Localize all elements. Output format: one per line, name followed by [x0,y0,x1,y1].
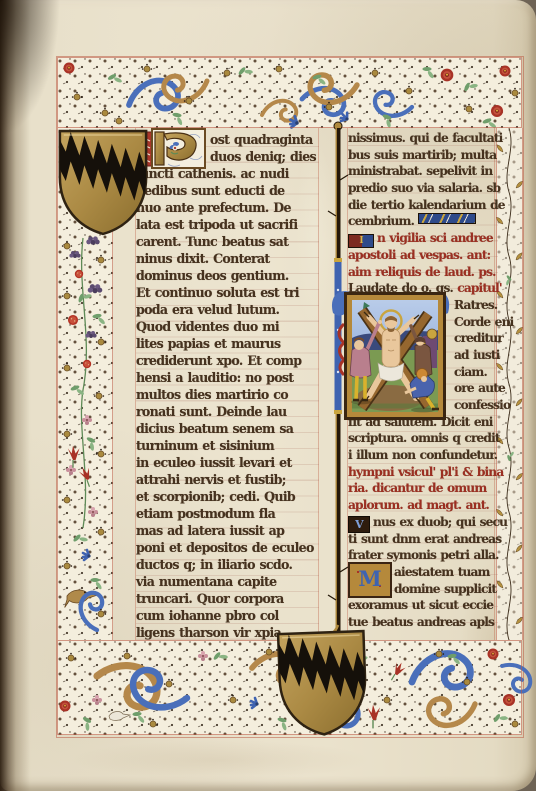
left-text-column: ost quadragintaduos deniq; diesiuncti ca… [136,131,319,641]
body-text: scriptura. omnis q credit [348,431,500,445]
body-text: ductos q; in iliario scdo. [136,557,292,572]
text-line: exoramus ut sicut eccie [348,597,498,614]
text-line: aiestatem tuam [394,564,498,581]
text-line: truncari. Quor corpora [136,590,319,607]
text-line: duos deniq; dies [210,148,319,165]
body-text: poni et depositos de eculeo [136,540,314,555]
manuscript-photo: ost quadragintaduos deniq; diesiuncti ca… [0,0,536,791]
body-text: mas ad latera iussit ap [136,523,284,538]
body-text: carent. Tunc beatus sat [136,234,288,249]
text-line: Et continuo soluta est tri [136,284,319,301]
text-line: ronati sunt. Deinde lau [136,403,319,420]
text-line: Vnus ex duob; qui secu [348,514,498,531]
body-text: ministrabat. sepelivit in [348,164,492,178]
body-text: Quod videntes duo mi [136,319,279,334]
body-text: etiam postmodum fla [136,506,275,521]
body-text: aiestatem tuam [394,565,490,579]
body-text: Corde eni [454,315,513,329]
text-line: ductos q; in iliario scdo. [136,556,319,573]
rubric-text: hympni vsicul' pl'i & bina [348,465,503,479]
text-line: lites papias et maurus [136,335,319,352]
body-text: ti sunt dnm erat andreas [348,532,501,546]
text-line: hympni vsicul' pl'i & bina [348,464,498,481]
text-line: et scorpionib; cedi. Quib [136,488,319,505]
body-text: nus ex duob; qui secu [373,515,507,529]
body-text: crediderunt xpo. Et comp [136,353,301,368]
body-text: exoramus ut sicut eccie [348,598,493,612]
text-line: ria. dicantur de omum [348,480,498,497]
text-line: apostoli ad vespas. ant: [348,247,498,264]
text-line: dominus deos gentium. [136,267,319,284]
text-line: carent. Tunc beatus sat [136,233,319,250]
body-text: ninus dixit. Conterat [136,251,270,266]
body-text: et scorpionib; cedi. Quib [136,489,295,504]
text-line: Ratres. [454,297,498,314]
body-text: lata est tripoda ut sacrifi [136,217,297,232]
text-line: confessio [454,397,498,414]
body-text: i illum non confundetur. [348,448,497,462]
text-line: die tertio kalendarium de [348,197,498,214]
text-line: ministrabat. sepelivit in [348,163,498,180]
body-text: cembrium. [348,214,414,228]
text-line: nuo ante prefectum. De [136,199,319,216]
body-text: ad iusti [454,348,499,362]
text-line: i illum non confundetur. [348,447,498,464]
text-line: ad iusti [454,347,498,364]
text-line: multos dies martirio co [136,386,319,403]
text-line: aim reliquis de laud. ps. [348,264,498,281]
text-line: hensi a lauditio: no post [136,369,319,386]
text-line: creditur [454,330,498,347]
body-text: ligens tharson vir xpia [136,625,281,640]
miniature-martyrdom-of-saint-andrew [328,288,452,424]
text-line: etiam postmodum fla [136,505,319,522]
text-line: nissimus. qui de facultati [348,130,498,147]
body-text: Et continuo soluta est tri [136,285,299,300]
body-text: poda era velud lutum. [136,302,279,317]
body-text: ciam. [454,365,487,379]
rubric-text: n vigilia sci andree [377,231,493,245]
text-line: ti sunt dnm erat andreas [348,531,498,548]
text-line: pedibus sunt educti de [136,182,319,199]
text-line: attrahi nervis et fustib; [136,471,319,488]
heraldic-shield-top-left [54,126,152,238]
heraldic-shield-bottom [274,627,371,739]
text-line: scriptura. omnis q credit [348,430,498,447]
body-text: truncari. Quor corpora [136,591,284,606]
rubric-text: apostoli ad vespas. ant: [348,248,490,262]
body-text: bus suis martirib; multa [348,148,496,162]
body-text: turninum et sisinium [136,438,274,453]
rubric-text: ria. dicantur de omum [348,481,486,495]
top-border-ornament [57,57,522,128]
text-line: mas ad latera iussit ap [136,522,319,539]
body-text: ronati sunt. Deinde lau [136,404,286,419]
text-line: In vigilia sci andree [348,230,498,247]
line-filler-ornament [418,213,476,224]
text-line: predio suo via salaria. sb [348,180,498,197]
body-text: cum iohanne pbro col [136,608,279,623]
text-line: ost quadraginta [210,131,319,148]
body-text: lites papias et maurus [136,336,280,351]
text-line: ninus dixit. Conterat [136,250,319,267]
body-text: multos dies martirio co [136,387,288,402]
text-line: turninum et sisinium [136,437,319,454]
text-line: bus suis martirib; multa [348,147,498,164]
body-text: confessio [454,398,510,412]
body-text: attrahi nervis et fustib; [136,472,286,487]
text-line: dicius beatum senem sa [136,420,319,437]
body-text: Ratres. [454,298,497,312]
text-line: aplorum. ad magt. ant. [348,497,498,514]
body-text: nuo ante prefectum. De [136,200,291,215]
body-text: predio suo via salaria. sb [348,181,500,195]
body-text: via numentana capite [136,574,276,589]
rubric-text: capitul' [457,281,502,295]
illuminated-initial-m: M [348,562,392,598]
text-line: crediderunt xpo. Et comp [136,352,319,369]
body-text: pedibus sunt educti de [136,183,285,198]
text-line: domine supplicit [394,581,498,598]
body-text: nissimus. qui de facultati [348,131,502,145]
body-text: dominus deos gentium. [136,268,289,283]
body-text: duos deniq; dies [210,149,316,164]
body-text: hensi a lauditio: no post [136,370,293,385]
body-text: frater symonis petri alla. [348,548,499,562]
text-line: ciam. [454,364,498,381]
text-line: in eculeo iussit levari et [136,454,319,471]
body-text: die tertio kalendarium de [348,198,505,212]
rubric-text: aim reliquis de laud. ps. [348,265,496,279]
binding-corner-shadow [0,0,60,210]
body-text: domine supplicit [394,582,496,596]
text-line: cembrium. [348,213,498,230]
body-text: in eculeo iussit levari et [136,455,292,470]
text-line: ore aute [454,380,498,397]
text-line: lata est tripoda ut sacrifi [136,216,319,233]
text-line: via numentana capite [136,573,319,590]
text-line: poni et depositos de eculeo [136,539,319,556]
rubric-text: aplorum. ad magt. ant. [348,498,489,512]
body-text: dicius beatum senem sa [136,421,293,436]
text-line: Corde eni [454,314,498,331]
body-text: ost quadraginta [210,132,313,147]
text-line: Quod videntes duo mi [136,318,319,335]
body-text: creditur [454,331,503,345]
text-line: poda era velud lutum. [136,301,319,318]
body-text: ore aute [454,381,505,395]
text-line: cum iohanne pbro col [136,607,319,624]
